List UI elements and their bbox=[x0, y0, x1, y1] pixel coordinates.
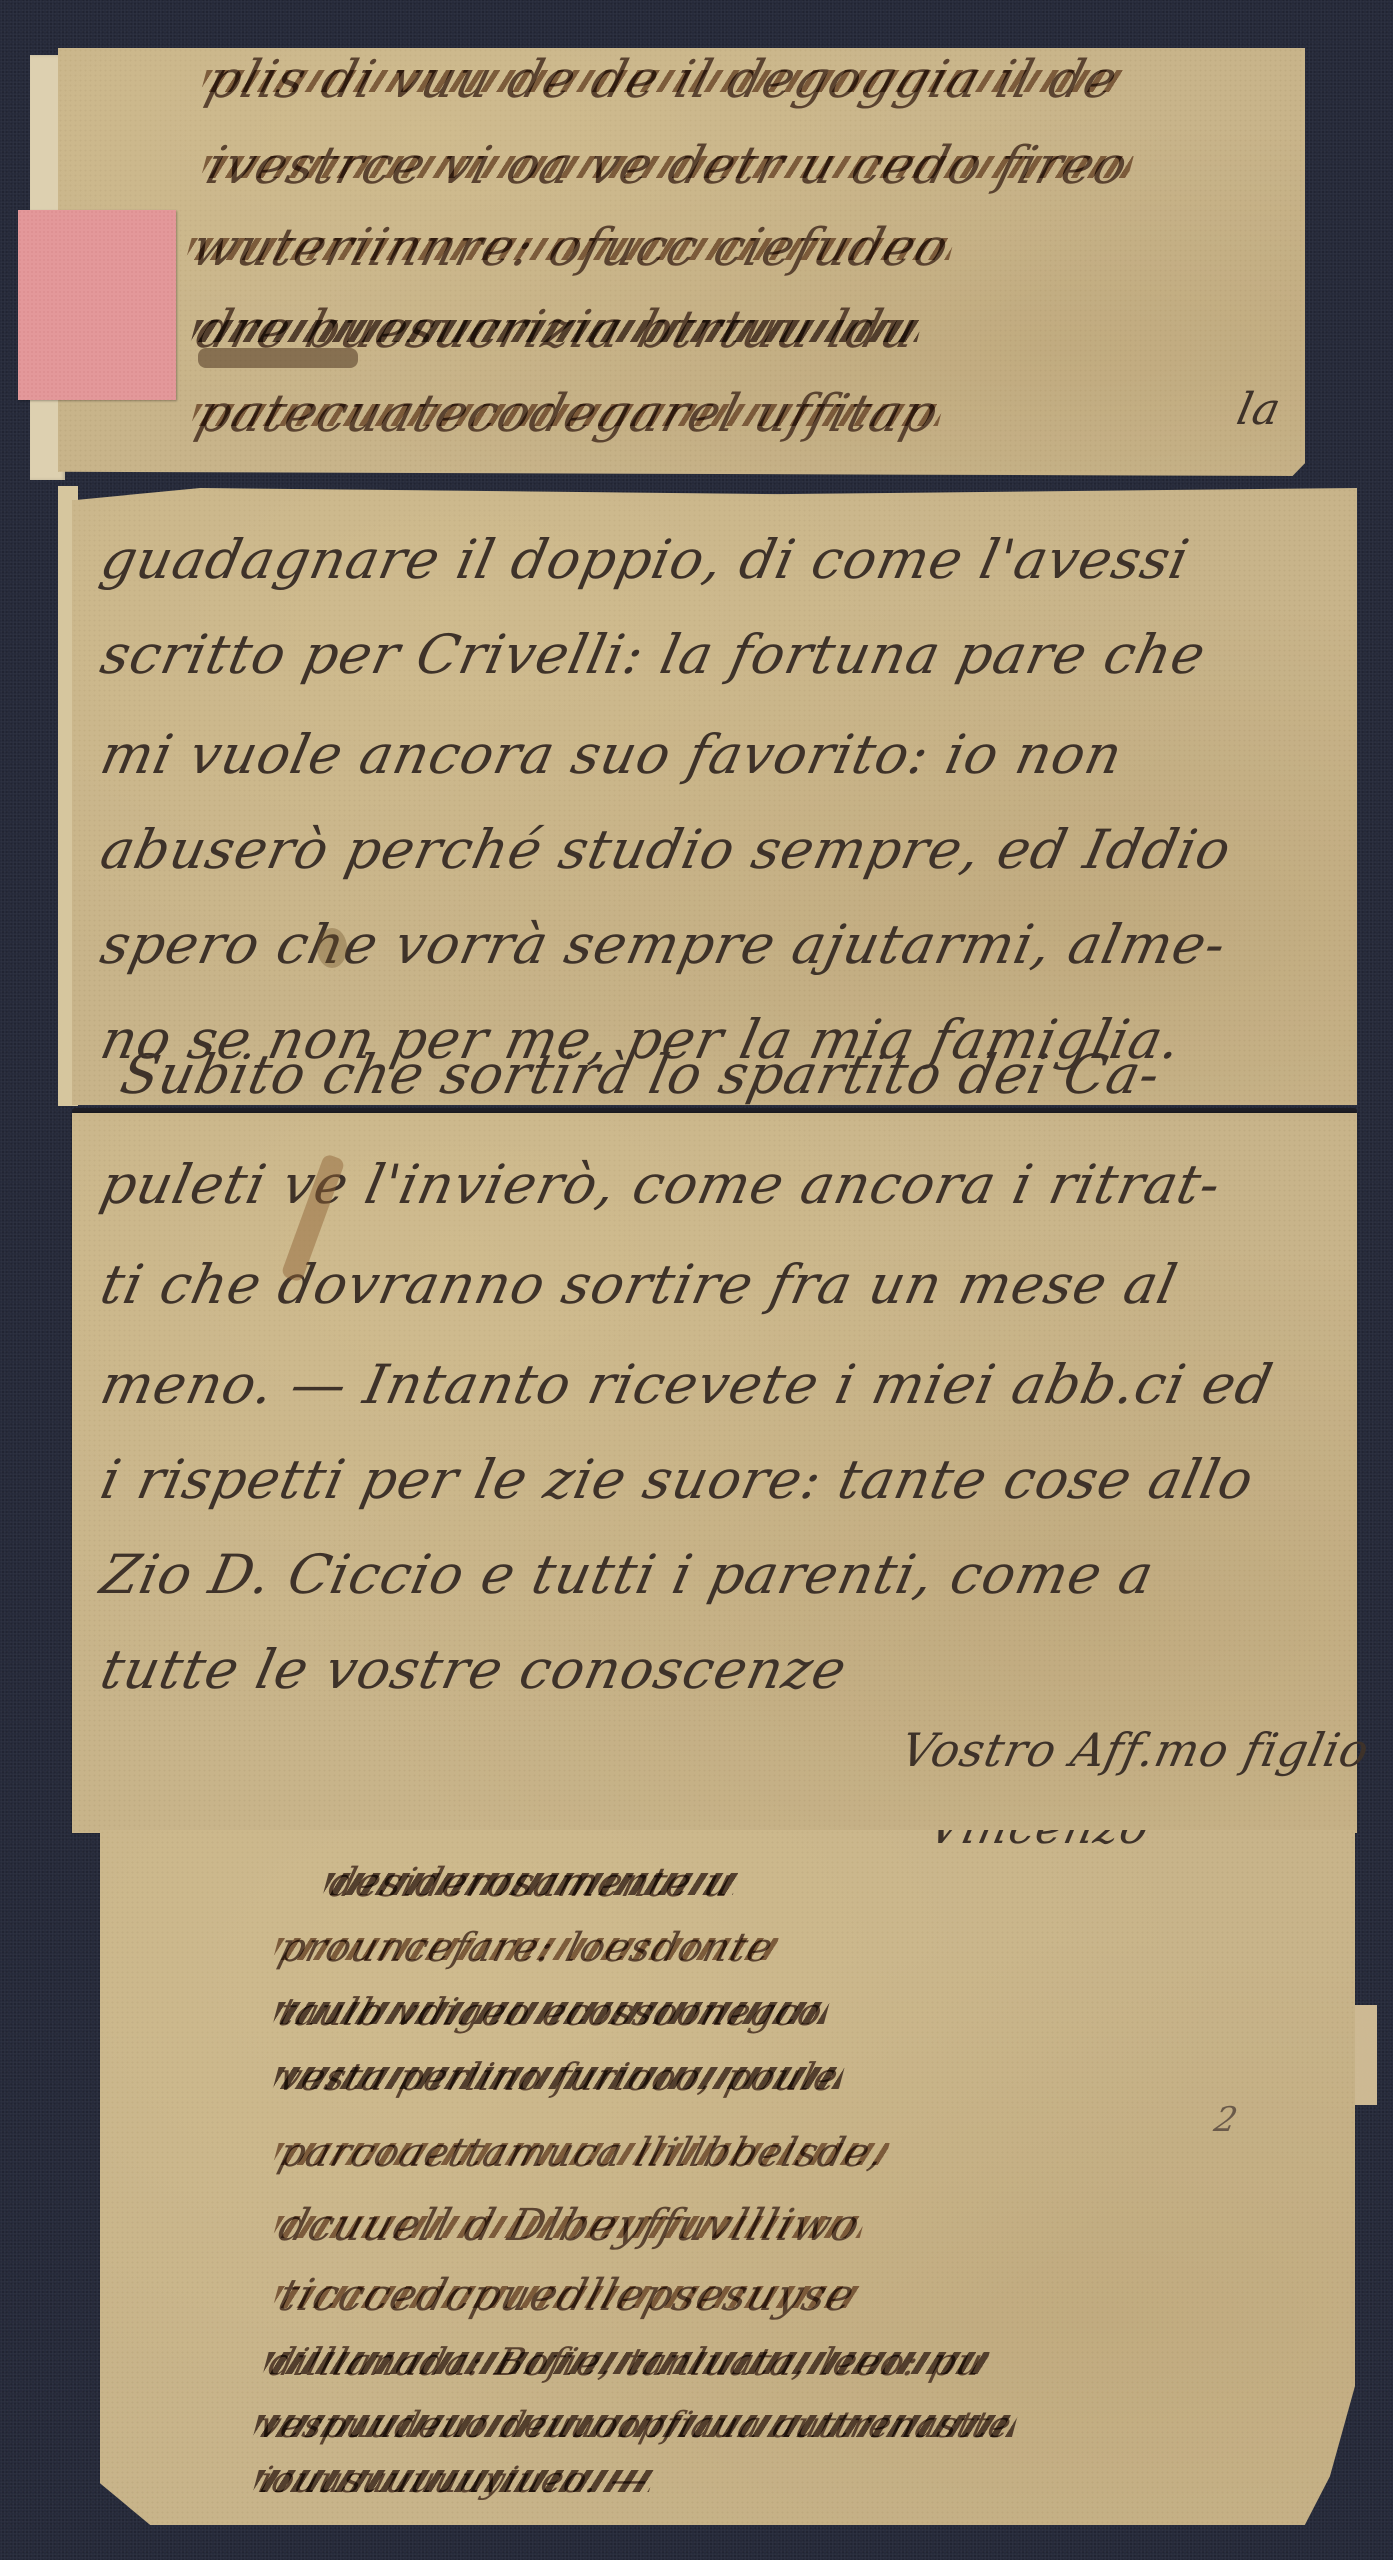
struck-line: vespuudeuo deuuoopfiaua auttrenastte bbox=[255, 2405, 1017, 2446]
struck-line: taulb vdigeo ecossoonegco bbox=[274, 1990, 828, 2034]
letter-line: spero che vorrà sempre ajutarmi, alme- bbox=[95, 913, 1232, 976]
pink-paper-tab bbox=[18, 210, 176, 400]
letter-closing: Vostro Aff.mo figlio bbox=[896, 1723, 1374, 1777]
letter-line: Zio D. Ciccio e tutti i parenti, come a bbox=[95, 1543, 1159, 1606]
struck-line: ticccedcpuedllepsesuyse bbox=[273, 2270, 860, 2321]
struck-line: dcuuell d Dlbeyffuvllliwo bbox=[273, 2200, 866, 2251]
letter-sheet-bottom: Vincenzo desiderosamente u prouncefare: … bbox=[100, 1830, 1355, 2525]
paper-flap bbox=[1355, 2005, 1377, 2105]
struck-line: prouncefare: loesdonte bbox=[274, 1925, 779, 1971]
paper-stain bbox=[317, 928, 347, 968]
letter-line: Subito che sortirà lo spartito dei Ca- bbox=[115, 1043, 1166, 1106]
struck-line: patecuatecodegarel uffitap bbox=[190, 384, 945, 444]
letter-line: guadagnare il doppio, di come l'avessi bbox=[95, 528, 1195, 591]
struck-line: desiderosamente u bbox=[324, 1860, 738, 1906]
letter-line: abuserò perché studio sempre, ed Iddio bbox=[95, 818, 1237, 881]
line-continuation: la bbox=[1233, 384, 1286, 435]
letter-line: mi vuole ancora suo favorito: io non bbox=[95, 723, 1128, 786]
letter-sheet-lower: Subito che sortirà lo spartito dei Ca- p… bbox=[72, 1113, 1357, 1833]
struck-line: iouusuuuuuyiueo. — bbox=[255, 2460, 654, 2501]
margin-mark: 2 bbox=[1211, 2100, 1242, 2140]
letter-line: i rispetti per le zie suore: tante cose … bbox=[95, 1448, 1259, 1511]
ink-blot bbox=[198, 348, 358, 368]
struck-line: wuteriinnre: ofucc ciefudeo bbox=[185, 218, 956, 278]
struck-line: ivestrce vi oa ve detr u cedo fireo bbox=[200, 136, 1135, 196]
letter-line: meno. — Intanto ricevete i miei abb.ci e… bbox=[95, 1353, 1278, 1416]
struck-line: parcoaettamuca llillbbelsde, bbox=[274, 2130, 890, 2176]
letter-line: tutte le vostre conoscenze bbox=[95, 1638, 852, 1701]
letter-line: ti che dovranno sortire fra un mese al bbox=[95, 1253, 1183, 1316]
struck-line: plis di vuu de de il degoggia il de bbox=[200, 50, 1124, 110]
letter-line: puleti ve l'invierò, come ancora i ritra… bbox=[95, 1153, 1226, 1216]
top-paper-strip: plis di vuu de de il degoggia il de ives… bbox=[58, 48, 1305, 476]
letter-line: scritto per Crivelli: la fortuna pare ch… bbox=[95, 623, 1211, 686]
letter-sheet-upper: guadagnare il doppio, di come l'avessi s… bbox=[72, 488, 1357, 1105]
struck-line: dilllanada: Bofie, tanluata, leeo: pu bbox=[264, 2340, 989, 2384]
struck-line: vesta perlino furiooo, poule bbox=[274, 2055, 844, 2099]
